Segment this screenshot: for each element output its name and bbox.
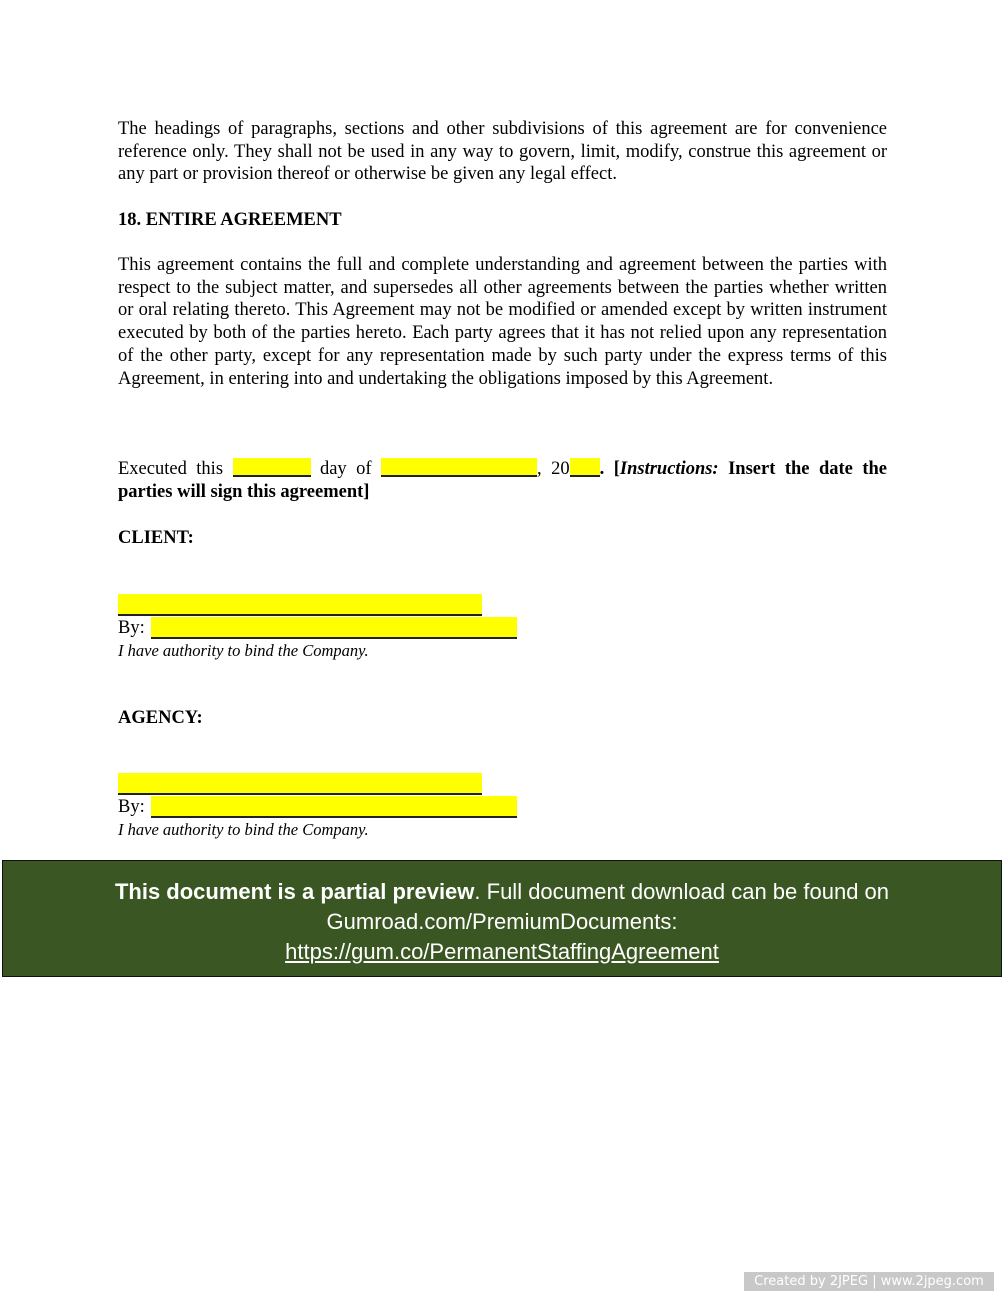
agency-by-line: By: xyxy=(118,796,145,818)
month-blank[interactable] xyxy=(381,458,537,477)
client-authority-text: I have authority to bind the Company. xyxy=(118,641,369,661)
agency-by-field[interactable] xyxy=(151,796,517,818)
day-blank[interactable] xyxy=(233,458,311,477)
client-by-field[interactable] xyxy=(151,617,517,639)
client-label: CLIENT: xyxy=(118,527,194,550)
agency-label: AGENCY: xyxy=(118,707,203,730)
year-blank[interactable] xyxy=(570,458,600,477)
instructions-label: Instructions: xyxy=(620,459,719,479)
preview-banner: This document is a partial preview. Full… xyxy=(2,860,1002,977)
executed-line: Executed this day of , 20. [Instructions… xyxy=(118,458,887,503)
headings-paragraph: The headings of paragraphs, sections and… xyxy=(118,118,887,186)
download-link[interactable]: https://gum.co/PermanentStaffingAgreemen… xyxy=(285,939,719,964)
client-signature-line[interactable] xyxy=(118,594,482,616)
client-by-line: By: xyxy=(118,617,145,639)
banner-bold-text: This document is a partial preview xyxy=(115,879,474,904)
agency-authority-text: I have authority to bind the Company. xyxy=(118,820,369,840)
entire-agreement-paragraph: This agreement contains the full and com… xyxy=(118,254,887,390)
agency-signature-line[interactable] xyxy=(118,773,482,795)
section-18-heading: 18. ENTIRE AGREEMENT xyxy=(118,209,342,232)
watermark: Created by 2JPEG | www.2jpeg.com xyxy=(744,1272,994,1291)
